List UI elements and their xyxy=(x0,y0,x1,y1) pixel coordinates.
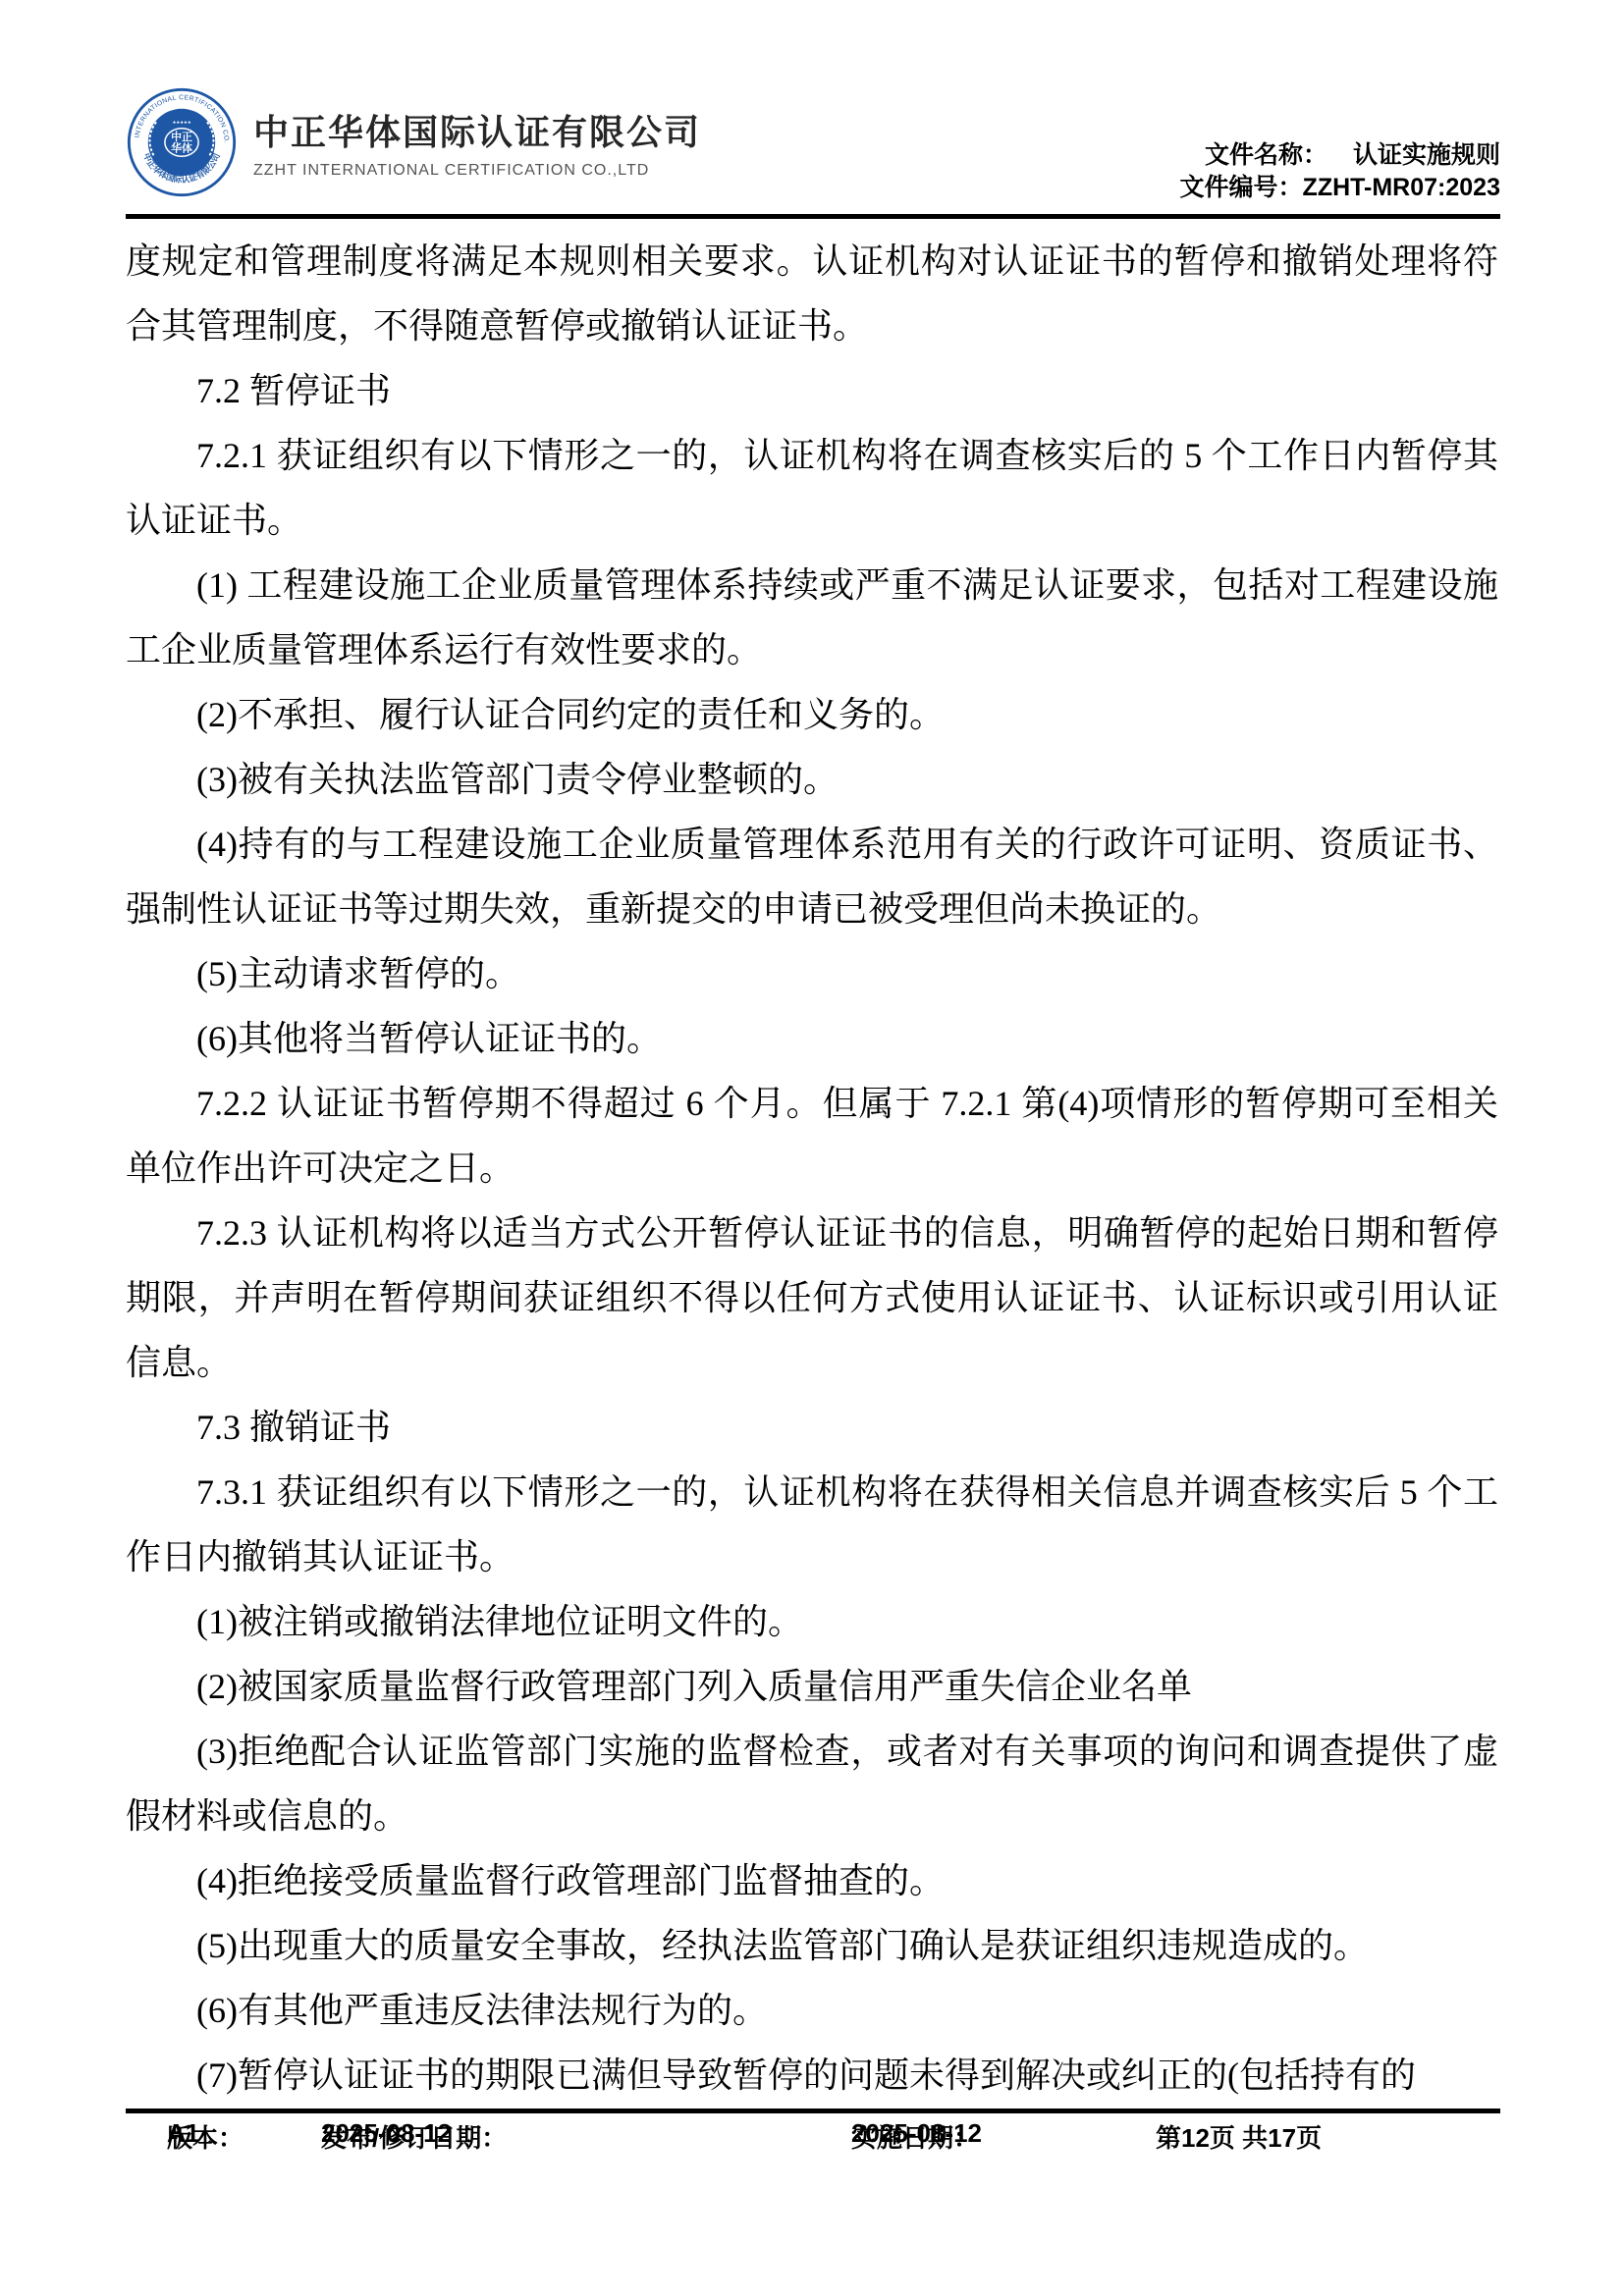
paragraph: (2)不承担、履行认证合同约定的责任和义务的。 xyxy=(126,682,1498,747)
paragraph: 7.2.3 认证机构将以适当方式公开暂停认证证书的信息，明确暂停的起始日期和暂停… xyxy=(126,1201,1498,1395)
footer-divider xyxy=(126,2109,1500,2113)
company-seal-icon: ZZHT INTERNATIONAL CERTIFICATION CO.,LTD… xyxy=(126,86,238,198)
logo-center-line2: 华体 xyxy=(171,141,192,155)
paragraph: (1)被注销或撤销法律地位证明文件的。 xyxy=(126,1589,1498,1654)
paragraph: 7.3.1 获证组织有以下情形之一的，认证机构将在获得相关信息并调查核实后 5 … xyxy=(126,1460,1498,1589)
paragraph: (4)持有的与工程建设施工企业质量管理体系范用有关的行政许可证明、资质证书、强制… xyxy=(126,812,1498,941)
company-block: ZZHT INTERNATIONAL CERTIFICATION CO.,LTD… xyxy=(126,86,701,214)
paragraph: (2)被国家质量监督行政管理部门列入质量信用严重失信企业名单 xyxy=(126,1654,1498,1719)
paragraph: (6)有其他严重违反法律法规行为的。 xyxy=(126,1978,1498,2043)
document-info: 文件名称：认证实施规则 文件编号：ZZHT-MR07:2023 xyxy=(1180,139,1500,214)
paragraph: (4)拒绝接受质量监督行政管理部门监督抽查的。 xyxy=(126,1848,1498,1913)
document-page: ZZHT INTERNATIONAL CERTIFICATION CO.,LTD… xyxy=(0,0,1624,2296)
company-names: 中正华体国际认证有限公司 ZZHT INTERNATIONAL CERTIFIC… xyxy=(253,105,701,180)
logo-stars: ★★★★★ xyxy=(172,120,190,125)
paragraph: (7)暂停认证证书的期限已满但导致暂停的问题未得到解决或纠正的(包括持有的 xyxy=(126,2043,1498,2108)
paragraph: (5)出现重大的质量安全事故，经执法监管部门确认是获证组织违规造成的。 xyxy=(126,1913,1498,1978)
paragraph: (3)被有关执法监管部门责令停业整顿的。 xyxy=(126,747,1498,812)
doc-number-line: 文件编号：ZZHT-MR07:2023 xyxy=(1180,172,1500,204)
paragraph: 度规定和管理制度将满足本规则相关要求。认证机构对认证证书的暂停和撤销处理将符合其… xyxy=(126,229,1498,358)
page-header: ZZHT INTERNATIONAL CERTIFICATION CO.,LTD… xyxy=(126,0,1500,219)
doc-name-label: 文件名称： xyxy=(1205,141,1327,169)
logo-center-line1: 中正 xyxy=(171,130,192,143)
doc-number-label: 文件编号： xyxy=(1180,174,1303,201)
document-body: 度规定和管理制度将满足本规则相关要求。认证机构对认证证书的暂停和撤销处理将符合其… xyxy=(126,219,1498,2108)
doc-name-value: 认证实施规则 xyxy=(1353,141,1500,169)
paragraph: 7.3 撤销证书 xyxy=(126,1395,1498,1460)
company-name-en: ZZHT INTERNATIONAL CERTIFICATION CO.,LTD xyxy=(253,162,701,180)
company-name-cn: 中正华体国际认证有限公司 xyxy=(253,105,701,155)
paragraph: (1) 工程建设施工企业质量管理体系持续或严重不满足认证要求，包括对工程建设施工… xyxy=(126,553,1498,682)
paragraph: 7.2.2 认证证书暂停期不得超过 6 个月。但属于 7.2.1 第(4)项情形… xyxy=(126,1071,1498,1201)
paragraph: 7.2 暂停证书 xyxy=(126,358,1498,423)
doc-name-line: 文件名称：认证实施规则 xyxy=(1180,139,1500,172)
paragraph: (5)主动请求暂停的。 xyxy=(126,941,1498,1006)
paragraph: (3)拒绝配合认证监管部门实施的监督检查，或者对有关事项的询问和调查提供了虚假材… xyxy=(126,1719,1498,1848)
doc-number-value: ZZHT-MR07:2023 xyxy=(1303,174,1500,201)
page-footer: 版本：A1 发布/修订日期：2025-08-12 实施日期：2025-08-12… xyxy=(0,2118,1624,2158)
paragraph: 7.2.1 获证组织有以下情形之一的，认证机构将在调查核实后的 5 个工作日内暂… xyxy=(126,423,1498,553)
footer-page-number: 第12页 共17页 xyxy=(1156,2118,1322,2155)
paragraph: (6)其他将当暂停认证证书的。 xyxy=(126,1006,1498,1071)
